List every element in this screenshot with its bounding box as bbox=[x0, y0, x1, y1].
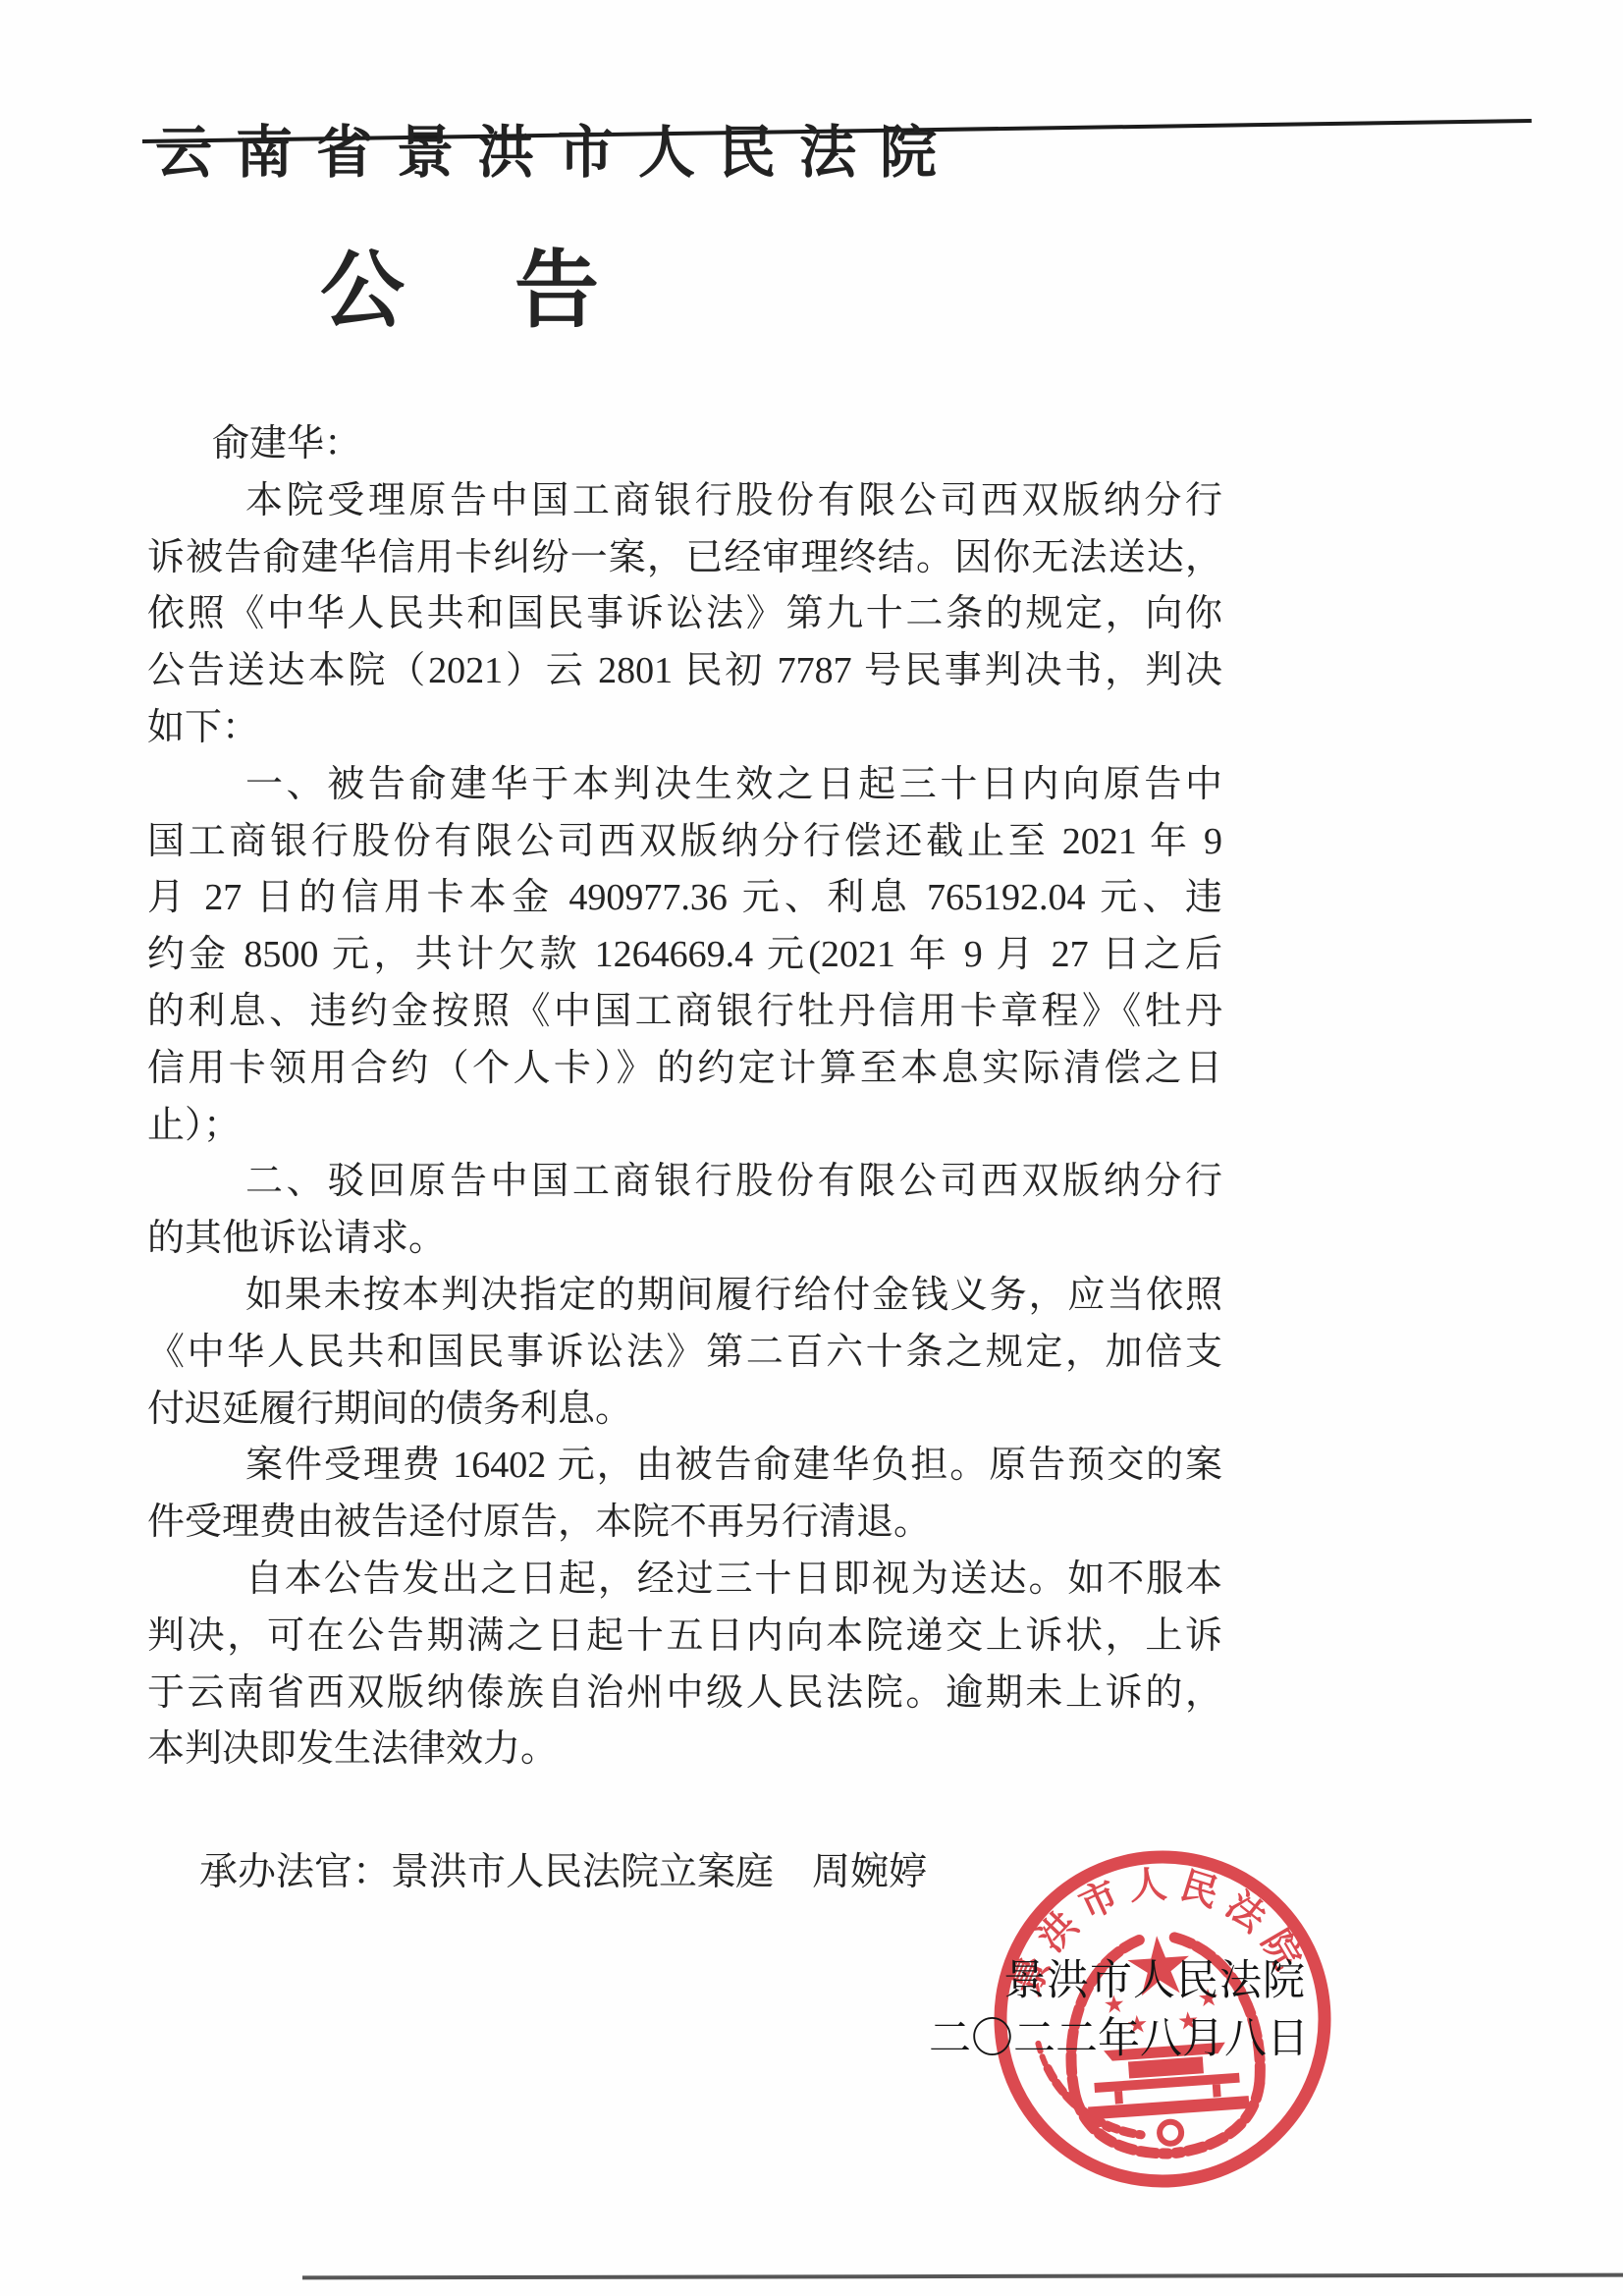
emblem-gear bbox=[1159, 2121, 1181, 2144]
body-line: 自本公告发出之日起，经过三十日即视为送达。如不服本 bbox=[147, 1552, 1222, 1609]
body-line: 二、驳回原告中国工商银行股份有限公司西双版纳分行 bbox=[147, 1154, 1222, 1211]
body-line: 一、被告俞建华于本判决生效之日起三十日内向原告中 bbox=[147, 757, 1222, 814]
body-line: 的其他诉讼请求。 bbox=[147, 1211, 1222, 1268]
body-line: 国工商银行股份有限公司西双版纳分行偿还截止至 2021 年 9 bbox=[147, 814, 1222, 871]
body-line: 案件受理费 16402 元，由被告俞建华负担。原告预交的案 bbox=[147, 1438, 1222, 1495]
body-line: 本院受理原告中国工商银行股份有限公司西双版纳分行 bbox=[147, 473, 1222, 530]
signature-court-name: 景洪市人民法院 bbox=[1003, 1956, 1306, 2007]
court-name-heading: 云南省景洪市人民法院 bbox=[135, 122, 980, 185]
body-line: 俞建华： bbox=[147, 416, 1222, 473]
body-line: 本判决即发生法律效力。 bbox=[147, 1722, 1222, 1778]
body-line: 的利息、违约金按照《中国工商银行牡丹信用卡章程》《牡丹 bbox=[147, 984, 1222, 1041]
body-line: 于云南省西双版纳傣族自治州中级人民法院。逾期未上诉的， bbox=[147, 1666, 1222, 1722]
body-line: 月 27 日的信用卡本金 490977.36 元、利息 765192.04 元、… bbox=[147, 870, 1222, 927]
body-line: 如下： bbox=[147, 700, 1222, 757]
signature-date: 二〇二二年八月八日 bbox=[929, 2014, 1309, 2065]
bottom-rule bbox=[302, 2273, 1623, 2280]
handling-judge-line: 承办法官：景洪市人民法院立案庭 周婉婷 bbox=[199, 1844, 927, 1901]
body-line: 如果未按本判决指定的期间履行给付金钱义务，应当依照 bbox=[147, 1268, 1222, 1325]
body-line: 依照《中华人民共和国民事诉讼法》第九十二条的规定，向你 bbox=[147, 586, 1222, 643]
body-line: 判决，可在公告期满之日起十五日内向本院递交上诉状，上诉 bbox=[147, 1609, 1222, 1666]
body-line: 约金 8500 元，共计欠款 1264669.4 元(2021 年 9 月 27… bbox=[147, 927, 1222, 984]
document-page: 云南省景洪市人民法院 公告 俞建华：本院受理原告中国工商银行股份有限公司西双版纳… bbox=[0, 0, 1623, 2296]
announcement-body: 俞建华：本院受理原告中国工商银行股份有限公司西双版纳分行诉被告俞建华信用卡纠纷一… bbox=[147, 416, 1222, 1778]
body-line: 信用卡领用合约（个人卡）》的约定计算至本息实际清偿之日 bbox=[147, 1041, 1222, 1098]
body-line: 公告送达本院（2021）云 2801 民初 7787 号民事判决书，判决 bbox=[147, 643, 1222, 700]
body-line: 《中华人民共和国民事诉讼法》第二百六十条之规定，加倍支 bbox=[147, 1325, 1222, 1382]
body-line: 止）； bbox=[147, 1098, 1222, 1155]
body-line: 诉被告俞建华信用卡纠纷一案，已经审理终结。因你无法送达， bbox=[147, 530, 1222, 587]
doc-title-heading: 公告 bbox=[92, 244, 937, 338]
body-line: 件受理费由被告迳付原告，本院不再另行清退。 bbox=[147, 1495, 1222, 1552]
body-line: 付迟延履行期间的债务利息。 bbox=[147, 1382, 1222, 1439]
